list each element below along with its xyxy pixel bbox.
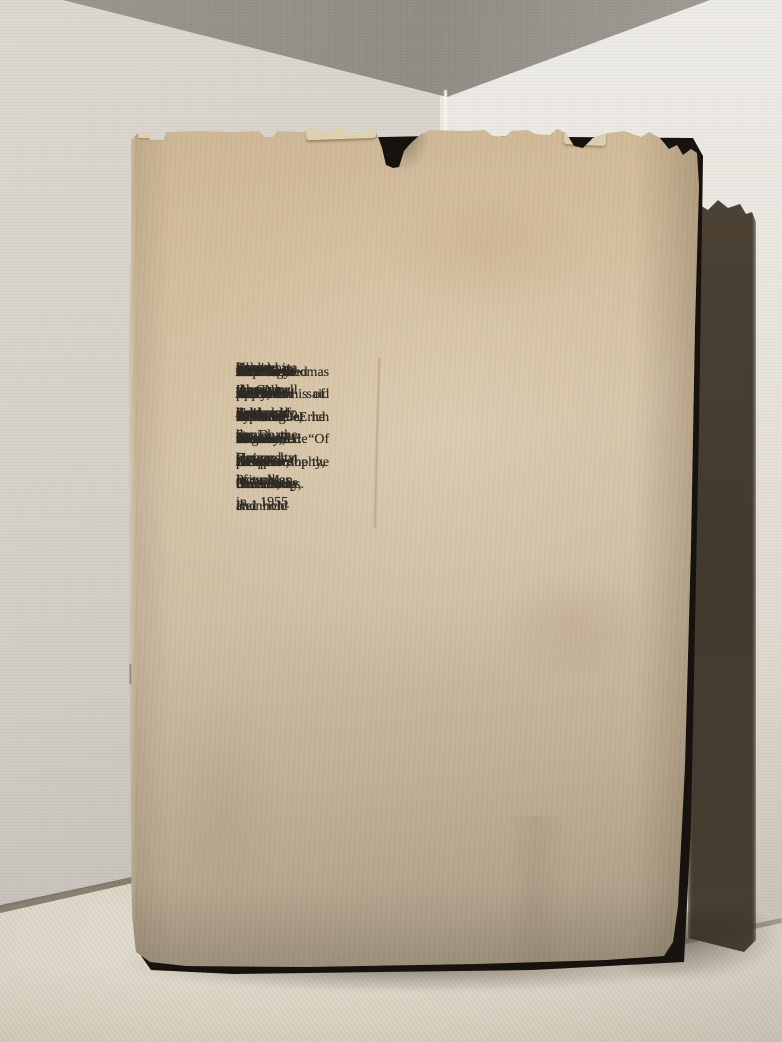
dust-jacket-back-panel: About the Author: Erich Kahler, who hold… — [126, 126, 704, 974]
jacket-stain — [496, 566, 646, 686]
jacket-crease — [374, 358, 380, 528]
jacket-stain — [156, 686, 286, 926]
jacket-stain — [376, 176, 596, 316]
book-photo-scene: About the Author: Erich Kahler, who hold… — [0, 0, 782, 1042]
text-segment: Niebuhr and Lewis Mumford. — [236, 362, 293, 452]
